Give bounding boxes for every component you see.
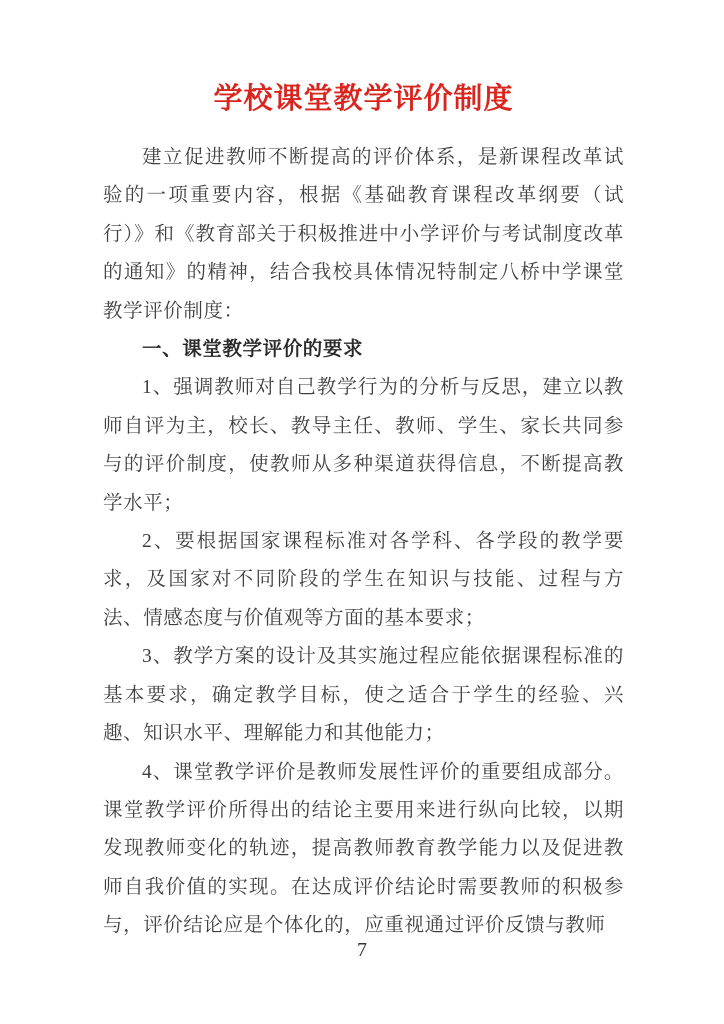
page-title: 学校课堂教学评价制度	[103, 82, 624, 116]
paragraph-item-2: 2、要根据国家课程标准对各学科、各学段的教学要求，及国家对不同阶段的学生在知识与…	[103, 523, 624, 638]
paragraph-item-4: 4、课堂教学评价是教师发展性评价的重要组成部分。课堂教学评价所得出的结论主要用来…	[103, 754, 624, 946]
section-heading-1: 一、课堂教学评价的要求	[103, 331, 624, 369]
page-number: 7	[0, 938, 724, 962]
paragraph-item-1: 1、强调教师对自己教学行为的分析与反思，建立以教师自评为主，校长、教导主任、教师…	[103, 369, 624, 523]
paragraph-item-3: 3、教学方案的设计及其实施过程应能依据课程标准的基本要求，确定教学目标，使之适合…	[103, 638, 624, 753]
document-content: 学校课堂教学评价制度 建立促进教师不断提高的评价体系，是新课程改革试验的一项重要…	[103, 82, 624, 946]
paragraph-intro: 建立促进教师不断提高的评价体系，是新课程改革试验的一项重要内容，根据《基础教育课…	[103, 139, 624, 331]
document-page: 学校课堂教学评价制度 建立促进教师不断提高的评价体系，是新课程改革试验的一项重要…	[0, 0, 724, 1024]
